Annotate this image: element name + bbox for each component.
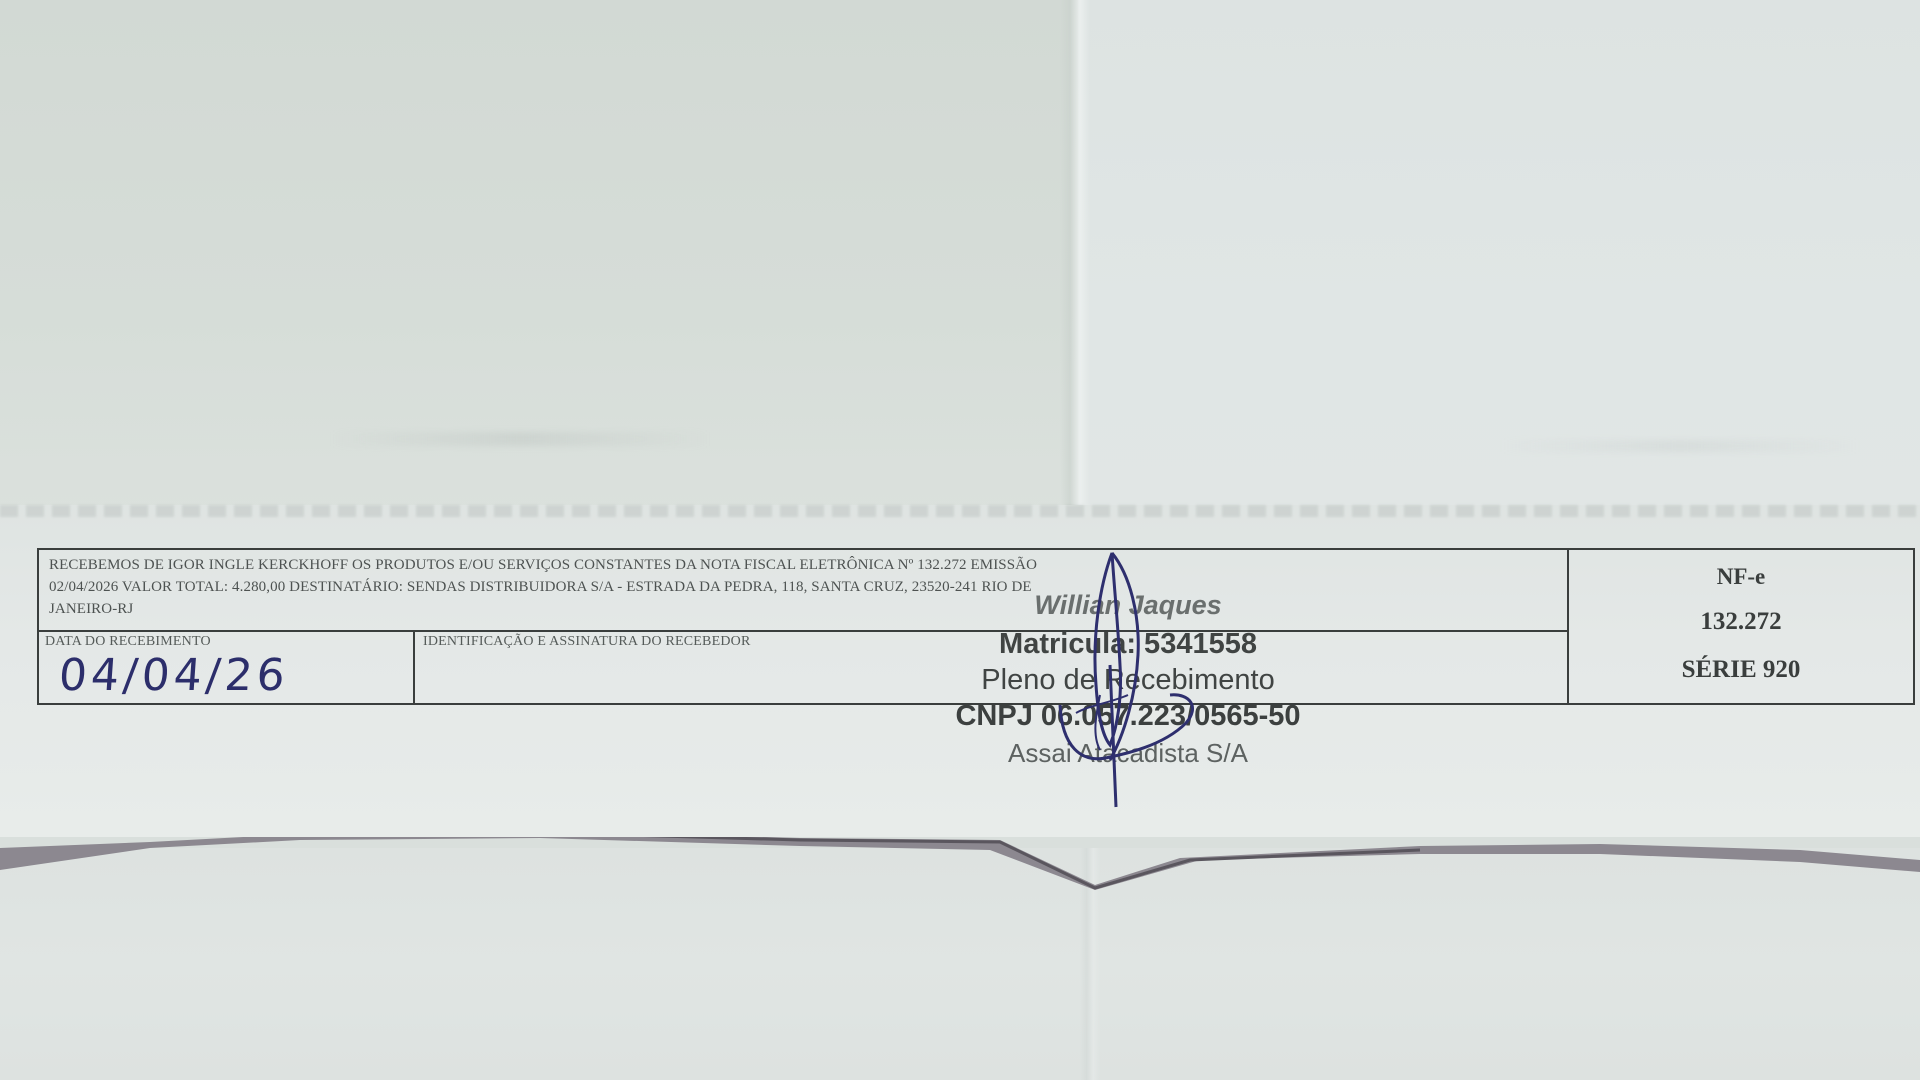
paper-fold <box>1060 0 1090 520</box>
nfe-series: SÉRIE 920 <box>1569 656 1913 684</box>
receipt-date-label: DATA DO RECEBIMENTO <box>45 634 405 650</box>
nfe-receipt-stub: RECEBEMOS DE IGOR INGLE KERCKHOFF OS PRO… <box>37 548 1915 705</box>
declaration-line: 02/04/2026 VALOR TOTAL: 4.280,00 DESTINA… <box>49 576 1559 598</box>
nfe-identification-box: NF-e 132.272 SÉRIE 920 <box>1569 550 1913 703</box>
declaration-line: RECEBEMOS DE IGOR INGLE KERCKHOFF OS PRO… <box>49 554 1559 576</box>
nfe-title: NF-e <box>1569 564 1913 590</box>
receiver-signature-label: IDENTIFICAÇÃO E ASSINATURA DO RECEBEDOR <box>423 634 1559 650</box>
receipt-declaration: RECEBEMOS DE IGOR INGLE KERCKHOFF OS PRO… <box>39 550 1569 632</box>
receipt-date-field: DATA DO RECEBIMENTO 04/04/26 <box>39 632 415 703</box>
receipt-date-value: 04/04/26 <box>57 650 290 701</box>
declaration-line: JANEIRO-RJ <box>49 598 1559 620</box>
show-through-text <box>1500 440 1860 452</box>
nfe-number: 132.272 <box>1569 608 1913 636</box>
show-through-text <box>330 432 710 446</box>
receiver-signature-field: IDENTIFICAÇÃO E ASSINATURA DO RECEBEDOR <box>415 632 1569 703</box>
perforation-edge <box>0 505 1920 517</box>
